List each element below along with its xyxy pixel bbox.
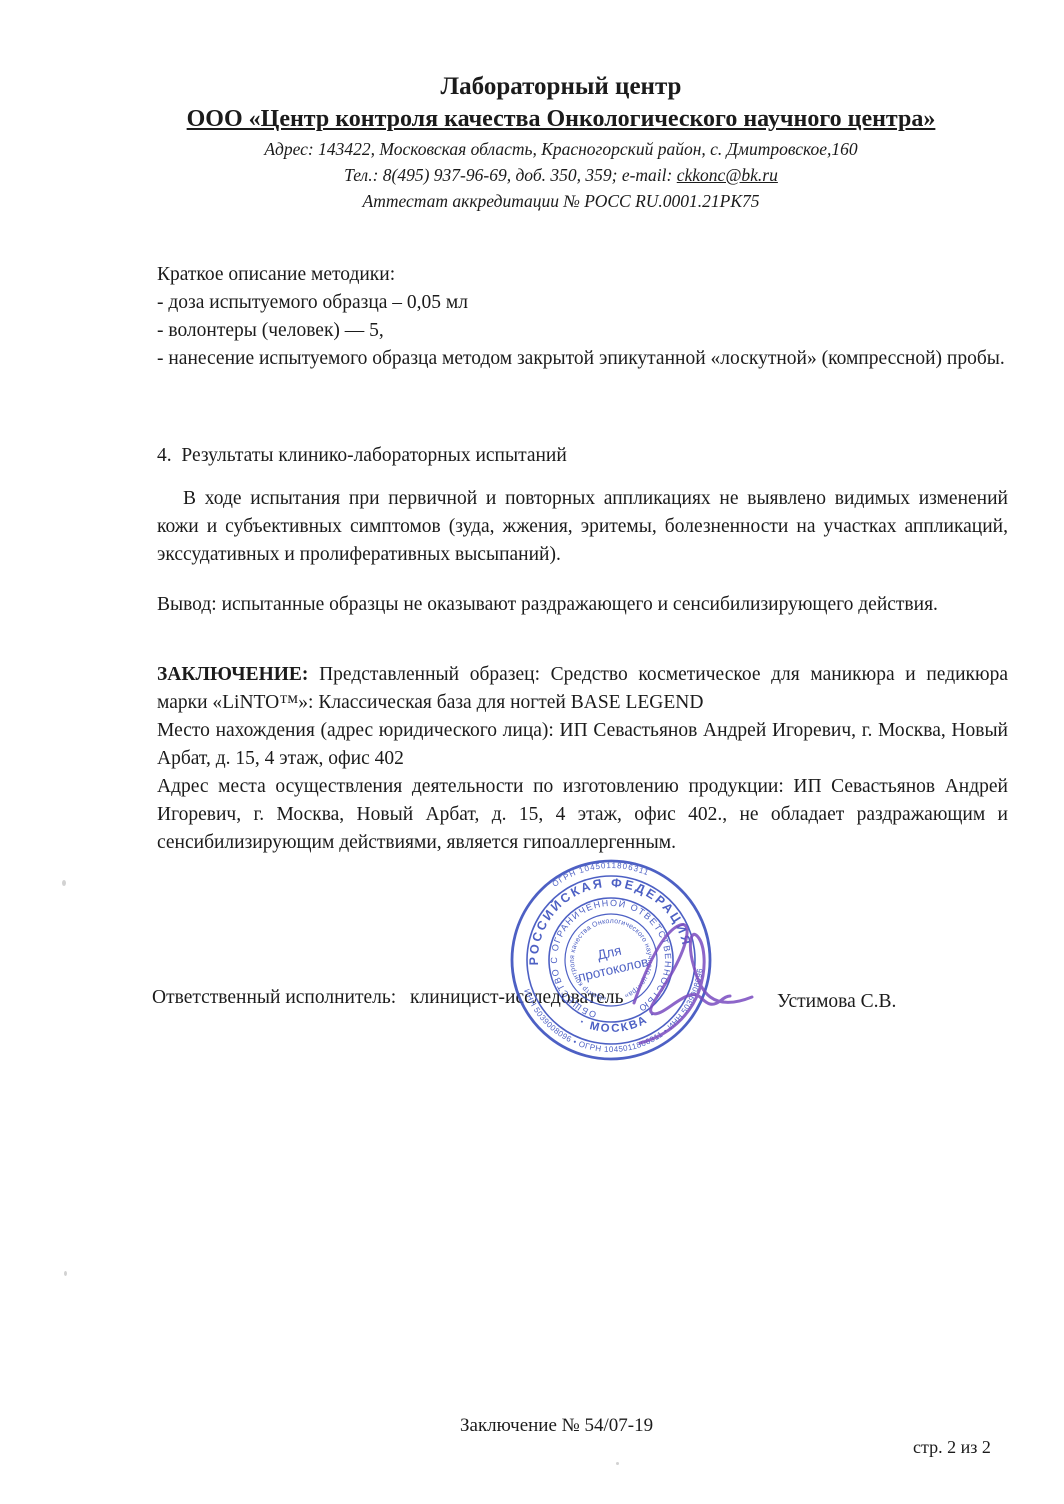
results-paragraph: В ходе испытания при первичной и повторн…	[157, 485, 1008, 569]
methodology-section: Краткое описание методики: - доза испыту…	[157, 261, 1008, 373]
conclusion-label: ЗАКЛЮЧЕНИЕ:	[157, 664, 308, 685]
signature-icon	[600, 905, 800, 1060]
email-address: ckkonc@bk.ru	[677, 165, 778, 185]
phone-line: Тел.: 8(495) 937-96-69, доб. 350, 359; e…	[344, 165, 677, 185]
signoff-label: Ответственный исполнитель:	[152, 984, 396, 1012]
scan-speck	[64, 1271, 67, 1276]
results-conclusion: Вывод: испытанные образцы не оказывают р…	[157, 591, 1008, 619]
methodology-item: - доза испытуемого образца – 0,05 мл	[157, 289, 1008, 317]
methodology-item: - волонтеры (человек) — 5,	[157, 317, 1008, 345]
org-contacts: Тел.: 8(495) 937-96-69, доб. 350, 359; e…	[54, 162, 1064, 188]
scan-speck	[62, 880, 66, 886]
lab-center-title: Лабораторный центр	[54, 72, 1064, 102]
accreditation-line: Аттестат аккредитации № РОСС RU.0001.21Р…	[54, 188, 1064, 214]
conclusion-sample: ЗАКЛЮЧЕНИЕ: Представленный образец: Сред…	[157, 661, 1008, 717]
document-page: Лабораторный центр ООО «Центр контроля к…	[0, 0, 1064, 1504]
conclusion-location: Место нахождения (адрес юридического лиц…	[157, 717, 1008, 773]
organization-name: ООО «Центр контроля качества Онкологичес…	[54, 102, 1064, 136]
org-address: Адрес: 143422, Московская область, Красн…	[54, 136, 1064, 162]
scan-speck	[616, 1462, 619, 1465]
footer-page-number: стр. 2 из 2	[913, 1437, 991, 1458]
conclusion-manufacturing: Адрес места осуществления деятельности п…	[157, 773, 1008, 857]
methodology-item: - нанесение испытуемого образца методом …	[157, 345, 1008, 373]
methodology-title: Краткое описание методики:	[157, 261, 1008, 289]
conclusion-section: ЗАКЛЮЧЕНИЕ: Представленный образец: Сред…	[157, 661, 1008, 857]
footer-doc-number: Заключение № 54/07-19	[460, 1415, 653, 1437]
letterhead: Лабораторный центр ООО «Центр контроля к…	[54, 72, 1064, 214]
results-heading: 4. Результаты клинико-лабораторных испыт…	[157, 442, 1008, 470]
